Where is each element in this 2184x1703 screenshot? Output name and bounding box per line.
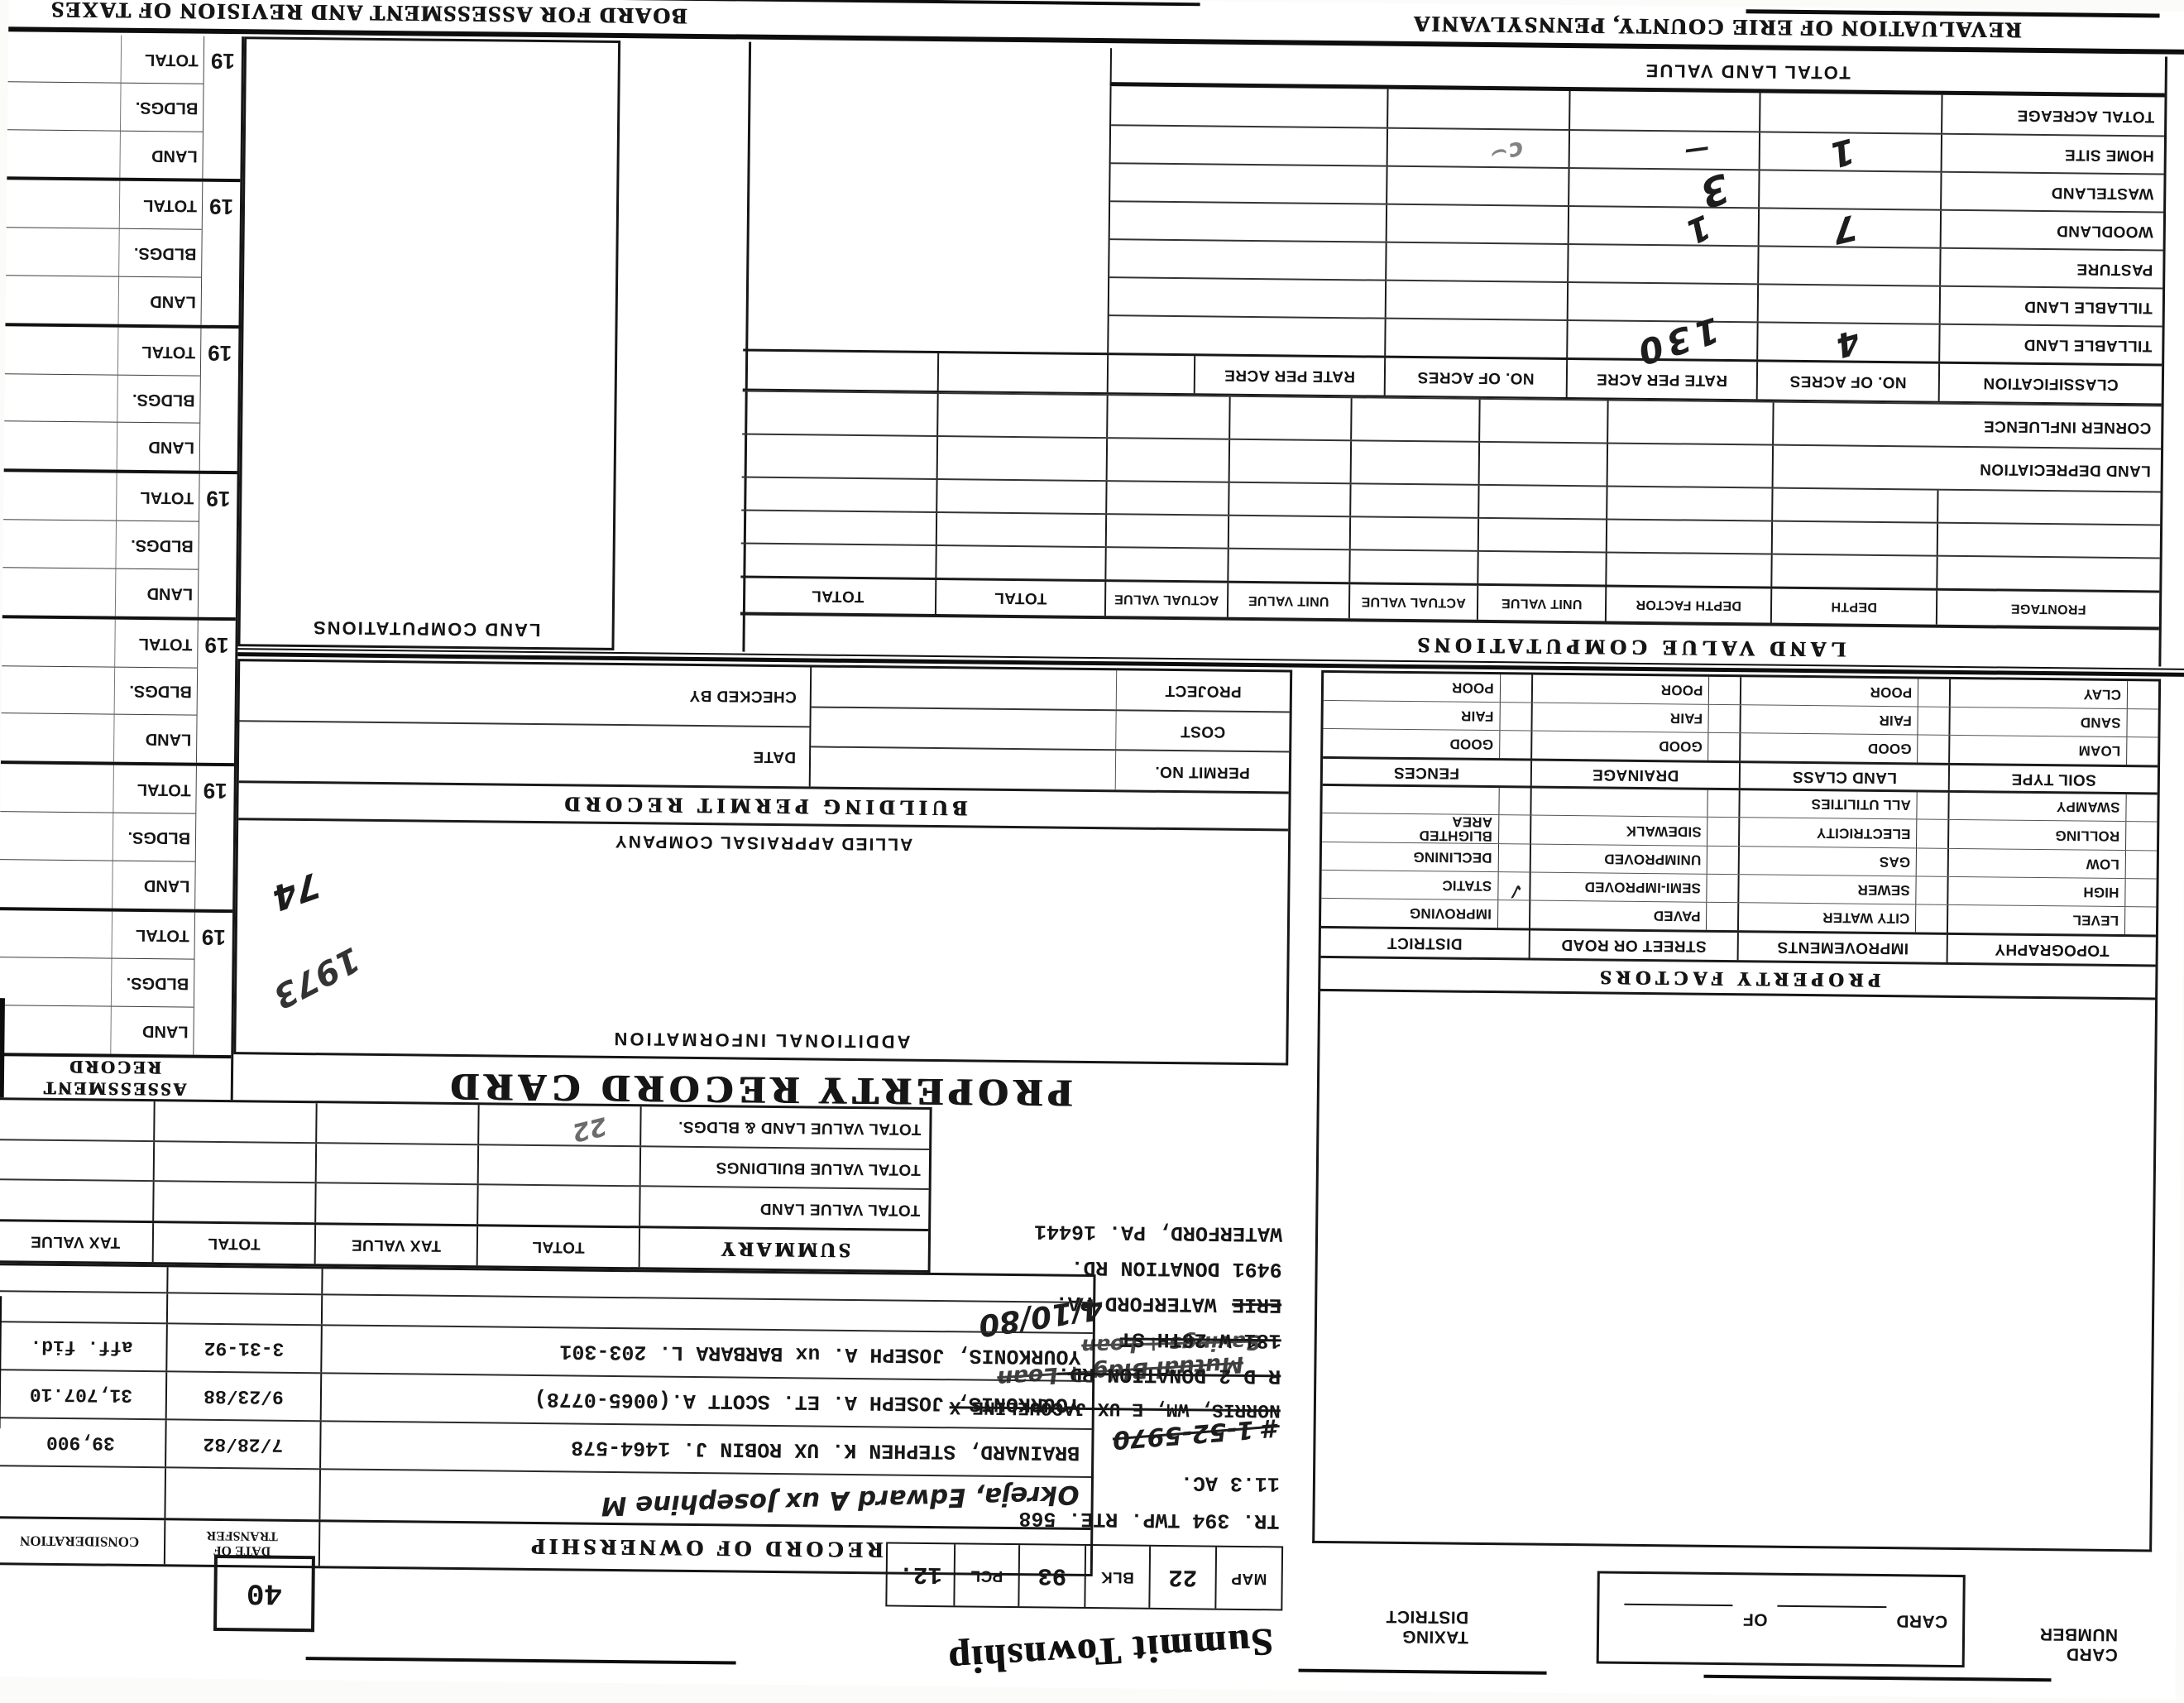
tillable-land-label: TILLABLE LAND	[2024, 335, 2152, 355]
summary-pencil-mark: 22	[569, 1111, 610, 1147]
assessment-group-5: 19 LAND BLDGS. TOTAL	[4, 323, 239, 471]
checkbox[interactable]	[1708, 677, 1740, 704]
owner-name: YOURKONIS, JOSEPH A. ux BARBARA L. 203-3…	[559, 1340, 1080, 1370]
depth-header: DEPTH	[1770, 589, 1936, 625]
land-label: LAND	[112, 861, 195, 909]
factor-clay: CLAY	[2083, 687, 2127, 702]
pasture-label: PASTURE	[2076, 259, 2153, 278]
wasteland-label: WASTELAND	[2051, 183, 2153, 202]
project-value	[812, 667, 1116, 709]
acres-handwritten: 4	[1832, 322, 1864, 365]
total-value-buildings-label: TOTAL VALUE BUILDINGS	[716, 1158, 921, 1178]
factor-improving: IMPROVING	[1410, 906, 1497, 921]
checkbox[interactable]	[2126, 737, 2158, 765]
no-of-acres-header: NO. OF ACRES	[1756, 362, 1938, 401]
checkbox[interactable]	[1706, 903, 1737, 930]
checkbox[interactable]	[1707, 847, 1738, 874]
card-of-box: CARD OF	[1597, 1571, 1966, 1667]
factors-header-land-class: LAND CLASS	[1739, 763, 1948, 790]
corner-influence-label: CORNER INFLUENCE	[1983, 416, 2151, 436]
total-label: TOTAL	[111, 911, 194, 959]
owner-name: BRAINARD, STEPHEN K. UX ROBIN J. 1464-57…	[571, 1436, 1080, 1465]
consideration-value: aff. fid.	[0, 1322, 166, 1370]
checkbox[interactable]	[1916, 877, 1947, 904]
checkbox[interactable]: ✓	[1497, 872, 1529, 899]
land-label: LAND	[117, 423, 200, 471]
owner-name: YOURKONIS, JOSEPH A. ET. SCOTT A.(0065-0…	[534, 1387, 1080, 1417]
factor-all-utilities: ALL UTILITIES	[1811, 798, 1917, 813]
acres-handwritten: 7	[1828, 207, 1861, 252]
blk-label: BLK	[1100, 1567, 1133, 1585]
property-factors-table: PROPERTY FACTORS TOPOGRAPHY IMPROVEMENTS…	[1318, 670, 2161, 1000]
factor-swampy: SWAMPY	[2057, 800, 2126, 815]
factor-paved: PAVED	[1653, 909, 1706, 923]
checkbox[interactable]	[2125, 823, 2157, 851]
checkbox[interactable]	[1917, 792, 1948, 819]
assessment-group-3: 19 LAND BLDGS. TOTAL	[1, 615, 236, 763]
classification-header: CLASSIFICATION	[1938, 364, 2162, 404]
checkbox[interactable]	[1499, 731, 1530, 758]
factor-declining: DECLINING	[1413, 850, 1497, 865]
static-checkmark: ✓	[1504, 877, 1525, 904]
factors-header-district: DISTRICT	[1321, 928, 1529, 958]
factor-city-water: CITY WATER	[1822, 910, 1915, 925]
owner-name-handwritten: Okreja, Edward A ux Josephine M	[601, 1480, 1080, 1521]
transfer-date	[164, 1468, 319, 1519]
summary-tax-value-header: TAX VALUE	[0, 1221, 152, 1262]
unit-value-header: UNIT VALUE	[1227, 583, 1348, 619]
date-value	[239, 722, 611, 784]
bldgs-label: BLDGS.	[115, 521, 199, 569]
bldgs-label: BLDGS.	[113, 813, 196, 861]
factor-high: HIGH	[2083, 885, 2124, 900]
assessment-group-7: 19 LAND BLDGS. TOTAL	[7, 34, 242, 179]
checkbox[interactable]	[1916, 820, 1947, 848]
transfer-date: 9/23/88	[165, 1372, 321, 1420]
card-of-blank1	[1777, 1605, 1886, 1634]
city-state-zip: WATERFORD, PA. 16441	[893, 1218, 1282, 1246]
project-label: PROJECT	[1116, 670, 1290, 711]
no-of-acres-header: NO. OF ACRES	[1384, 358, 1566, 397]
sketch-area	[1312, 991, 2158, 1552]
unit-value-header: UNIT VALUE	[1477, 586, 1605, 621]
year-cell: 19	[199, 329, 239, 472]
total-label: TOTAL	[116, 473, 199, 521]
checkbox[interactable]	[1497, 900, 1529, 928]
total-value-land-bldgs-label: TOTAL VALUE LAND & BLDGS.	[678, 1117, 922, 1138]
checkbox[interactable]	[1916, 849, 1947, 876]
old-city-struck: ERIE	[1232, 1293, 1281, 1317]
total-land-value-label: TOTAL LAND VALUE	[1645, 60, 1851, 84]
total-header: TOTAL	[935, 580, 1104, 616]
factor-unimproved: UNIMPROVED	[1604, 852, 1707, 867]
checkbox[interactable]	[1707, 875, 1738, 902]
township-stamp: Summit Township	[843, 1619, 1275, 1688]
factor-low: LOW	[2086, 857, 2124, 871]
land-label: LAND	[110, 1007, 194, 1055]
factor-sand: SAND	[2081, 715, 2127, 730]
factors-header-soil-type: SOIL TYPE	[1948, 765, 2158, 792]
factor-level: LEVEL	[2072, 913, 2124, 928]
year-cell: 19	[193, 912, 232, 1055]
tillable-land-label: TILLABLE LAND	[2024, 297, 2153, 317]
assessment-group-6: 19 LAND BLDGS. TOTAL	[6, 177, 241, 325]
assessment-record-table: ASSESSMENT RECORD 19 LAND BLDGS. TOTAL 1…	[0, 34, 244, 1100]
checkbox[interactable]	[1708, 732, 1740, 760]
year-cell: 19	[201, 182, 241, 325]
land-label: LAND	[119, 131, 203, 179]
date-of-transfer-line1: DATE OF	[213, 1542, 271, 1558]
bldgs-label: BLDGS.	[111, 959, 194, 1007]
factor-poor: POOR	[1452, 680, 1500, 695]
transfer-date: 3-31-92	[165, 1324, 321, 1372]
land-label: LAND	[118, 277, 202, 325]
assessment-record-header: ASSESSMENT RECORD	[0, 1056, 231, 1100]
card-of-card-label: CARD	[1896, 1610, 1948, 1631]
factor-electricity: ELECTRICITY	[1817, 826, 1917, 841]
additional-information-blank	[237, 853, 1288, 1028]
cost-value	[811, 708, 1115, 750]
checked-by-label: CHECKED BY	[611, 665, 810, 727]
factor-fair: FAIR	[1879, 713, 1918, 727]
frontage-header: FRONTAGE	[1936, 591, 2159, 627]
card-number-label: CARD NUMBER	[1961, 1623, 2118, 1664]
factors-header-drainage: DRAINAGE	[1530, 760, 1740, 788]
land-value	[0, 1005, 111, 1053]
summary-total-header: TOTAL	[152, 1223, 314, 1264]
checkbox[interactable]	[2124, 907, 2156, 934]
total-label: TOTAL	[114, 619, 198, 667]
factor-sidewalk: SIDEWALK	[1626, 824, 1707, 839]
property-record-card-scan: CARD NUMBER CARD OF TAXING DISTRICT Summ…	[0, 0, 2184, 1688]
checkbox[interactable]	[2125, 851, 2157, 879]
factor-poor: POOR	[1661, 683, 1709, 698]
permit-no-label: PERMIT NO.	[1115, 751, 1289, 792]
acreage-rows: TILLABLE LAND 4 130 TILLABLE LAND PASTUR…	[1107, 86, 2164, 363]
cost-label: COST	[1115, 711, 1289, 751]
acres-handwritten: 1	[1826, 130, 1860, 175]
year-cell: 19	[196, 620, 236, 763]
factor-static: STATIC	[1442, 879, 1497, 894]
total-label: TOTAL	[121, 36, 204, 84]
checkbox[interactable]	[1707, 818, 1739, 846]
factor-gas: GAS	[1880, 855, 1917, 869]
faint-scribble: c⌣	[1490, 135, 1526, 170]
factors-header-improvements: IMPROVEMENTS	[1737, 933, 1947, 962]
taxing-line1: TAXING	[1295, 1625, 1468, 1647]
consideration-value: 39,900	[0, 1418, 165, 1466]
checkbox[interactable]	[1917, 735, 1948, 762]
factor-good: GOOD	[1868, 741, 1918, 756]
bldgs-value	[0, 958, 111, 1006]
depth-factor-header: DEPTH FACTOR	[1605, 587, 1770, 622]
board-footer: BOARD FOR ASSESSMENT AND REVISION OF TAX…	[25, 0, 711, 29]
checkbox[interactable]	[1500, 674, 1531, 702]
checkbox[interactable]	[1918, 679, 1949, 706]
home-site-label: HOME SITE	[2065, 145, 2154, 164]
rate-handwritten: —	[1683, 135, 1711, 167]
factor-good: GOOD	[1449, 736, 1499, 751]
checkbox[interactable]	[1498, 816, 1530, 844]
assessment-group-1: 19 LAND BLDGS. TOTAL	[0, 907, 232, 1058]
rate-per-acre-header: RATE PER ACRE	[1194, 356, 1384, 395]
factor-blighted-area: BLIGHTED AREA	[1399, 814, 1498, 843]
building-permit-grid: PERMIT NO. COST PROJECT DATE CHECKED BY	[239, 661, 1290, 791]
total-header: TOTAL	[740, 578, 935, 614]
factors-header-topography: TOPOGRAPHY	[1947, 935, 2156, 965]
checkbox[interactable]	[2127, 681, 2158, 708]
total-label: TOTAL	[117, 328, 201, 376]
checkbox[interactable]	[2125, 794, 2157, 822]
checkbox[interactable]	[1497, 845, 1529, 872]
consideration-header: CONSIDERATION	[0, 1518, 164, 1564]
factor-fair: FAIR	[1461, 708, 1500, 722]
card-of-of-label: OF	[1742, 1609, 1767, 1629]
total-value	[0, 910, 112, 958]
land-label: LAND	[115, 569, 199, 617]
checkbox[interactable]	[2124, 879, 2156, 906]
land-value-computations-table: LAND VALUE COMPUTATIONS FRONTAGE DEPTH D…	[742, 42, 2167, 667]
summary-header: SUMMARY	[639, 1228, 928, 1270]
year-cell: 19	[194, 766, 234, 909]
summary-total-header: TOTAL	[477, 1226, 639, 1267]
handwritten-loan-note-2: Savings + Loan	[1081, 1330, 1261, 1358]
consideration-value	[0, 1466, 165, 1518]
factors-header-fences: FENCES	[1323, 758, 1530, 785]
bldgs-label: BLDGS.	[118, 229, 202, 277]
checkbox[interactable]	[1918, 707, 1949, 734]
additional-information-box: ADDITIONAL INFORMATION ALLIED APPRAISAL …	[233, 659, 1292, 1065]
factor-poor: POOR	[1870, 685, 1918, 700]
checkbox[interactable]	[1915, 905, 1947, 933]
page-title: PROPERTY RECORD CARD	[436, 1064, 1082, 1115]
checkbox[interactable]	[2126, 709, 2158, 736]
factor-fair: FAIR	[1670, 711, 1709, 725]
land-depreciation-label: LAND DEPRECIATION	[1980, 459, 2151, 479]
total-label: TOTAL	[119, 181, 203, 229]
consideration-value: 31,707.10	[0, 1370, 165, 1418]
card-of-blank2	[1624, 1604, 1733, 1633]
factor-loam: LOAM	[2078, 743, 2126, 758]
card-number-line2: NUMBER	[1961, 1623, 2118, 1644]
card-number-line1: CARD	[1961, 1643, 2118, 1664]
actual-value-header: ACTUAL VALUE	[1348, 584, 1477, 620]
year-cell: 19	[198, 474, 237, 617]
woodland-label: WOODLAND	[2057, 221, 2153, 240]
taxing-line2: DISTRICT	[1295, 1605, 1468, 1627]
checkbox[interactable]	[1499, 703, 1530, 730]
factors-header-street: STREET OR ROAD	[1528, 931, 1737, 961]
bldgs-label: BLDGS.	[117, 375, 200, 423]
year-cell: 19	[202, 36, 242, 180]
checkbox[interactable]	[1498, 788, 1530, 815]
date-of-transfer-line2: TRANSFER	[206, 1528, 277, 1543]
land-label: LAND	[113, 715, 197, 763]
total-value-land-label: TOTAL VALUE LAND	[759, 1198, 920, 1218]
map-value: 22	[1148, 1547, 1215, 1609]
total-label: TOTAL	[113, 765, 196, 813]
date-label: DATE	[611, 726, 810, 787]
total-acreage-label: TOTAL ACREAGE	[2017, 106, 2154, 126]
map-label: MAP	[1231, 1569, 1267, 1587]
assessment-group-2: 19 LAND BLDGS. TOTAL	[0, 760, 234, 909]
record-of-ownership-table: RECORD OF OWNERSHIP DATE OF TRANSFER CON…	[0, 1263, 1096, 1576]
date-of-transfer-header: DATE OF TRANSFER	[164, 1520, 319, 1566]
land-computations-header: LAND COMPUTATIONS	[240, 609, 611, 648]
transfer-date: 7/28/82	[165, 1420, 320, 1468]
checkbox[interactable]	[1707, 789, 1739, 817]
summary-tax-value-header: TAX VALUE	[314, 1225, 477, 1265]
checked-by-value	[240, 661, 612, 724]
permit-no-value	[811, 748, 1115, 790]
ownership-header: RECORD OF OWNERSHIP	[318, 1522, 1091, 1574]
taxing-district-label: TAXING DISTRICT	[1295, 1605, 1468, 1647]
assessment-group-4: 19 LAND BLDGS. TOTAL	[2, 469, 237, 617]
factor-sewer: SEWER	[1857, 883, 1916, 898]
factor-semi-improved: SEMI-IMPROVED	[1584, 880, 1707, 895]
factor-rolling: ROLLING	[2055, 828, 2125, 843]
bldgs-label: BLDGS.	[114, 667, 198, 715]
bldgs-label: BLDGS.	[120, 83, 204, 131]
actual-value-header: ACTUAL VALUE	[1104, 582, 1227, 617]
land-computations-box: LAND COMPUTATIONS	[237, 36, 620, 650]
checkbox[interactable]	[1708, 705, 1740, 732]
factor-good: GOOD	[1659, 739, 1708, 754]
summary-table: SUMMARY TOTAL TAX VALUE TOTAL TAX VALUE …	[0, 1097, 932, 1273]
